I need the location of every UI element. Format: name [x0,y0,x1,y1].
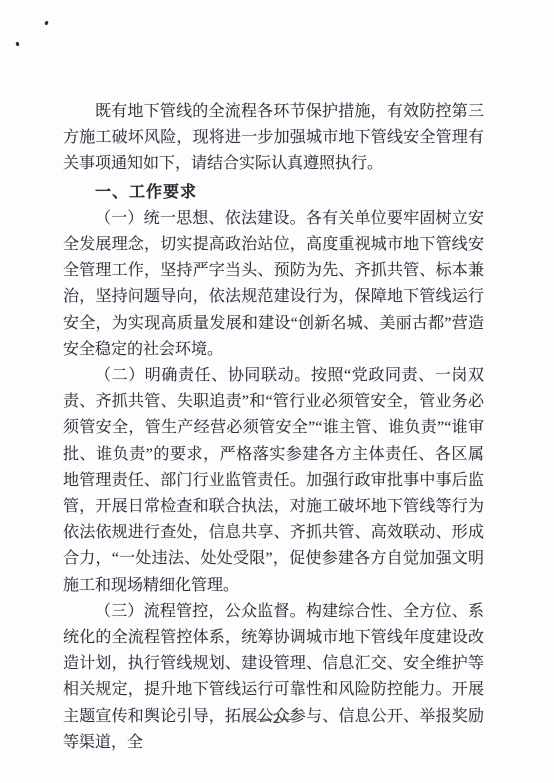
section-heading-work-requirements: 一、工作要求 [63,180,484,206]
scan-speck-icon [44,21,48,26]
subsection-paragraph-1: （一）统一思想、依法建设。各有关单位要牢固树立安全发展理念，切实提高政治站位，高… [63,206,484,363]
document-page: 既有地下管线的全流程各环节保护措施，有效防控第三方施工破坏风险，现将进一步加强城… [0,0,554,783]
scan-speck-icon [15,42,19,47]
intro-paragraph: 既有地下管线的全流程各环节保护措施，有效防控第三方施工破坏风险，现将进一步加强城… [63,99,484,178]
document-body: 既有地下管线的全流程各环节保护措施，有效防控第三方施工破坏风险，现将进一步加强城… [63,99,484,756]
page-number: —2— [0,711,554,728]
subsection-paragraph-2: （二）明确责任、协同联动。按照“党政同责、一岗双责、齐抓共管、失职追责”和“管行… [63,363,484,599]
subsection-paragraph-3: （三）流程管控，公众监督。构建综合性、全方位、系统化的全流程管控体系，统筹协调城… [63,599,484,756]
